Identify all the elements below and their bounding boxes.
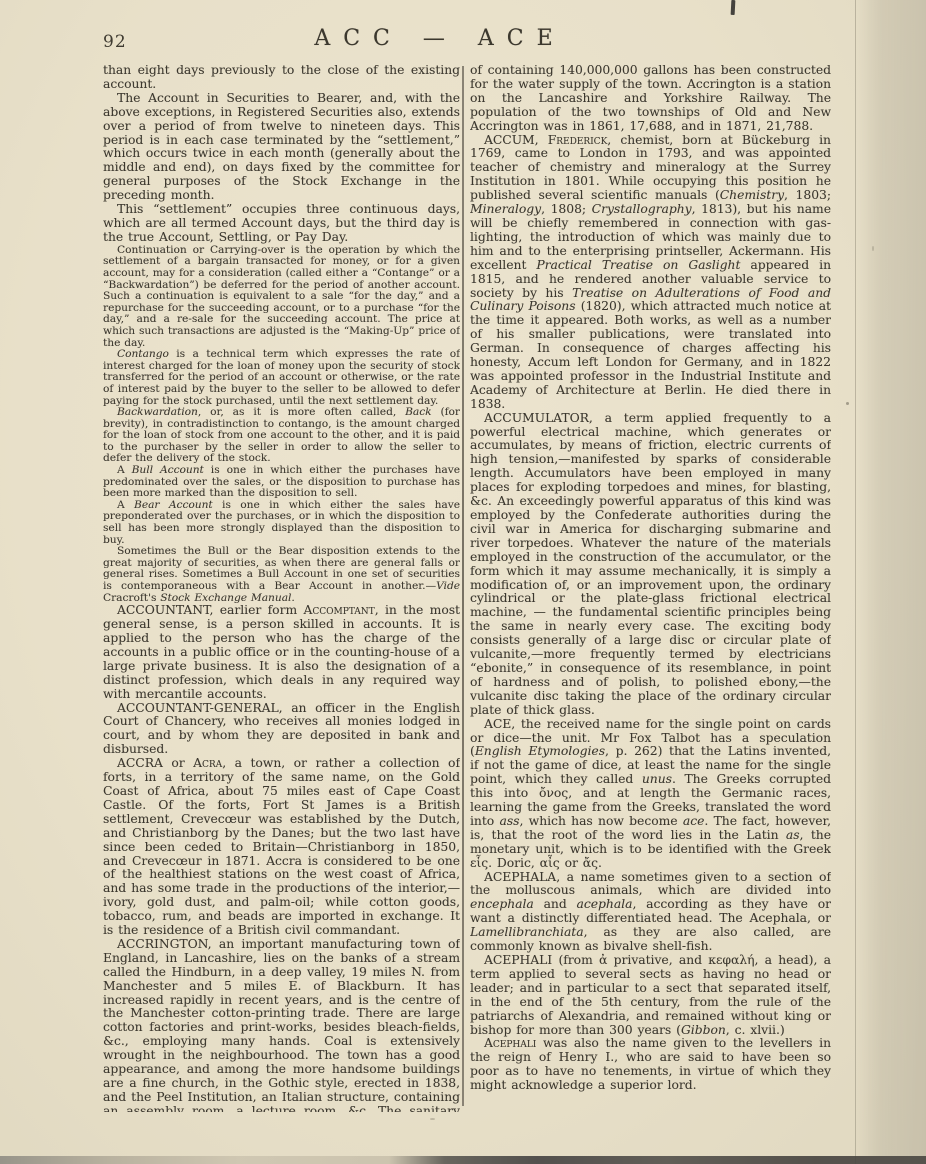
text-run: Bull Account <box>132 464 204 476</box>
paragraph: ACCRINGTON, an important manufacturing t… <box>103 938 460 1112</box>
paragraph: Acephali was also the name given to the … <box>470 1037 831 1093</box>
text-run: Lamellibranchiata <box>470 925 584 939</box>
text-run: , in the most general sense, is a person… <box>103 603 460 700</box>
page-edge-shadow <box>855 0 926 1164</box>
text-run: (1820), which attracted much notice at t… <box>470 299 831 410</box>
paragraph: than eight days previously to the close … <box>103 64 460 92</box>
text-run: encephala <box>470 897 534 911</box>
scan-bottom-shadow <box>0 1156 926 1164</box>
text-run: of containing 140,000,000 gallons has be… <box>470 64 831 133</box>
text-run: , or, as it is more often called, <box>198 406 405 418</box>
paragraph: of containing 140,000,000 gallons has be… <box>470 64 831 134</box>
page-header: 92 ACC — ACE <box>0 26 926 66</box>
text-run: ACCUM, <box>484 133 548 147</box>
text-run: Acra <box>193 756 222 770</box>
text-run: English Etymologies <box>475 744 605 758</box>
text-run: than eight days previously to the close … <box>103 64 460 91</box>
paragraph: Sometimes the Bull or the Bear dispositi… <box>103 546 460 604</box>
scan-speck <box>430 1118 435 1120</box>
text-run: and <box>534 897 577 911</box>
text-run: Gibbon <box>681 1023 726 1037</box>
text-run: Acephali <box>484 1036 536 1050</box>
scan-speck <box>846 402 849 405</box>
right-column: of containing 140,000,000 gallons has be… <box>470 64 831 1093</box>
text-run: Cracroft's <box>103 592 160 604</box>
paragraph: This “settlement” occupies three continu… <box>103 203 460 245</box>
paragraph: ACCOUNTANT-GENERAL, an officer in the En… <box>103 702 460 758</box>
text-run: ace <box>683 814 705 828</box>
paragraph: ACCOUNTANT, earlier form Accomptant, in … <box>103 604 460 701</box>
text-run: , 1808; <box>541 202 592 216</box>
paragraph: Contango is a technical term which expre… <box>103 349 460 407</box>
text-run: , which has now become <box>519 814 682 828</box>
paragraph: Continuation or Carrying-over is the ope… <box>103 245 460 349</box>
text-run: Mineralogy <box>470 202 541 216</box>
text-run: Crystallography <box>592 202 692 216</box>
paragraph: ACCUM, Frederick, chemist, born at Bücke… <box>470 134 831 412</box>
text-run: Sometimes the Bull or the Bear dispositi… <box>103 545 460 592</box>
paragraph: ACCRA or Acra, a town, or rather a colle… <box>103 757 460 938</box>
paragraph: ACCUMULATOR, a term applied frequently t… <box>470 412 831 718</box>
text-run: Continuation or Carrying-over is the ope… <box>103 244 460 349</box>
text-run: Stock Exchange Manual <box>160 592 291 604</box>
text-run: , 1803; <box>784 188 831 202</box>
text-run: Backwardation <box>117 406 198 418</box>
text-run: , a town, or rather a collection of fort… <box>103 756 460 937</box>
paragraph: A Bear Account is one in which either th… <box>103 500 460 546</box>
paragraph: ACEPHALI (from ἀ privative, and κεφαλή, … <box>470 954 831 1037</box>
text-run: ACCOUNTANT-GENERAL, an officer in the En… <box>103 701 460 757</box>
text-run: ACCRA or <box>117 756 193 770</box>
text-run: A <box>117 499 134 511</box>
text-run: ACCRINGTON, an important manufacturing t… <box>103 937 460 1112</box>
paragraph: ACEPHALA, a name sometimes given to a se… <box>470 871 831 954</box>
scan-artifact-mark <box>731 0 736 15</box>
paragraph: ACE, the received name for the single po… <box>470 718 831 871</box>
text-run: Practical Treatise on Gaslight <box>536 258 740 272</box>
column-divider <box>462 66 464 1106</box>
paragraph: Backwardation, or, as it is more often c… <box>103 407 460 465</box>
text-run: , c. xlvii.) <box>726 1023 785 1037</box>
text-run: Chemistry <box>720 188 784 202</box>
text-run: ACCOUNTANT, earlier form <box>117 603 303 617</box>
text-run: ass <box>500 814 520 828</box>
text-run: A <box>117 464 132 476</box>
text-run: ACCUMULATOR, a term applied frequently t… <box>470 411 831 717</box>
text-run: Back <box>405 406 431 418</box>
text-run: Frederick <box>548 133 608 147</box>
text-run: This “settlement” occupies three continu… <box>103 202 460 244</box>
page-header-title: ACC — ACE <box>0 26 880 51</box>
text-run: unus <box>642 772 672 786</box>
text-run: Contango <box>117 348 169 360</box>
text-run: . <box>291 592 294 604</box>
text-run: ACEPHALA, a name sometimes given to a se… <box>470 870 831 898</box>
text-run: Bear Account <box>134 499 213 511</box>
text-run: The Account in Securities to Bearer, and… <box>103 91 460 202</box>
text-run: Accomptant <box>303 603 374 617</box>
scan-speck <box>872 246 874 251</box>
left-column: than eight days previously to the close … <box>103 64 460 1112</box>
scanned-page: 92 ACC — ACE than eight days previously … <box>0 0 926 1164</box>
paragraph: A Bull Account is one in which either th… <box>103 465 460 500</box>
text-run: acephala <box>577 897 633 911</box>
text-run: Vide <box>436 580 460 592</box>
text-run: as <box>786 828 800 842</box>
paragraph: The Account in Securities to Bearer, and… <box>103 92 460 203</box>
